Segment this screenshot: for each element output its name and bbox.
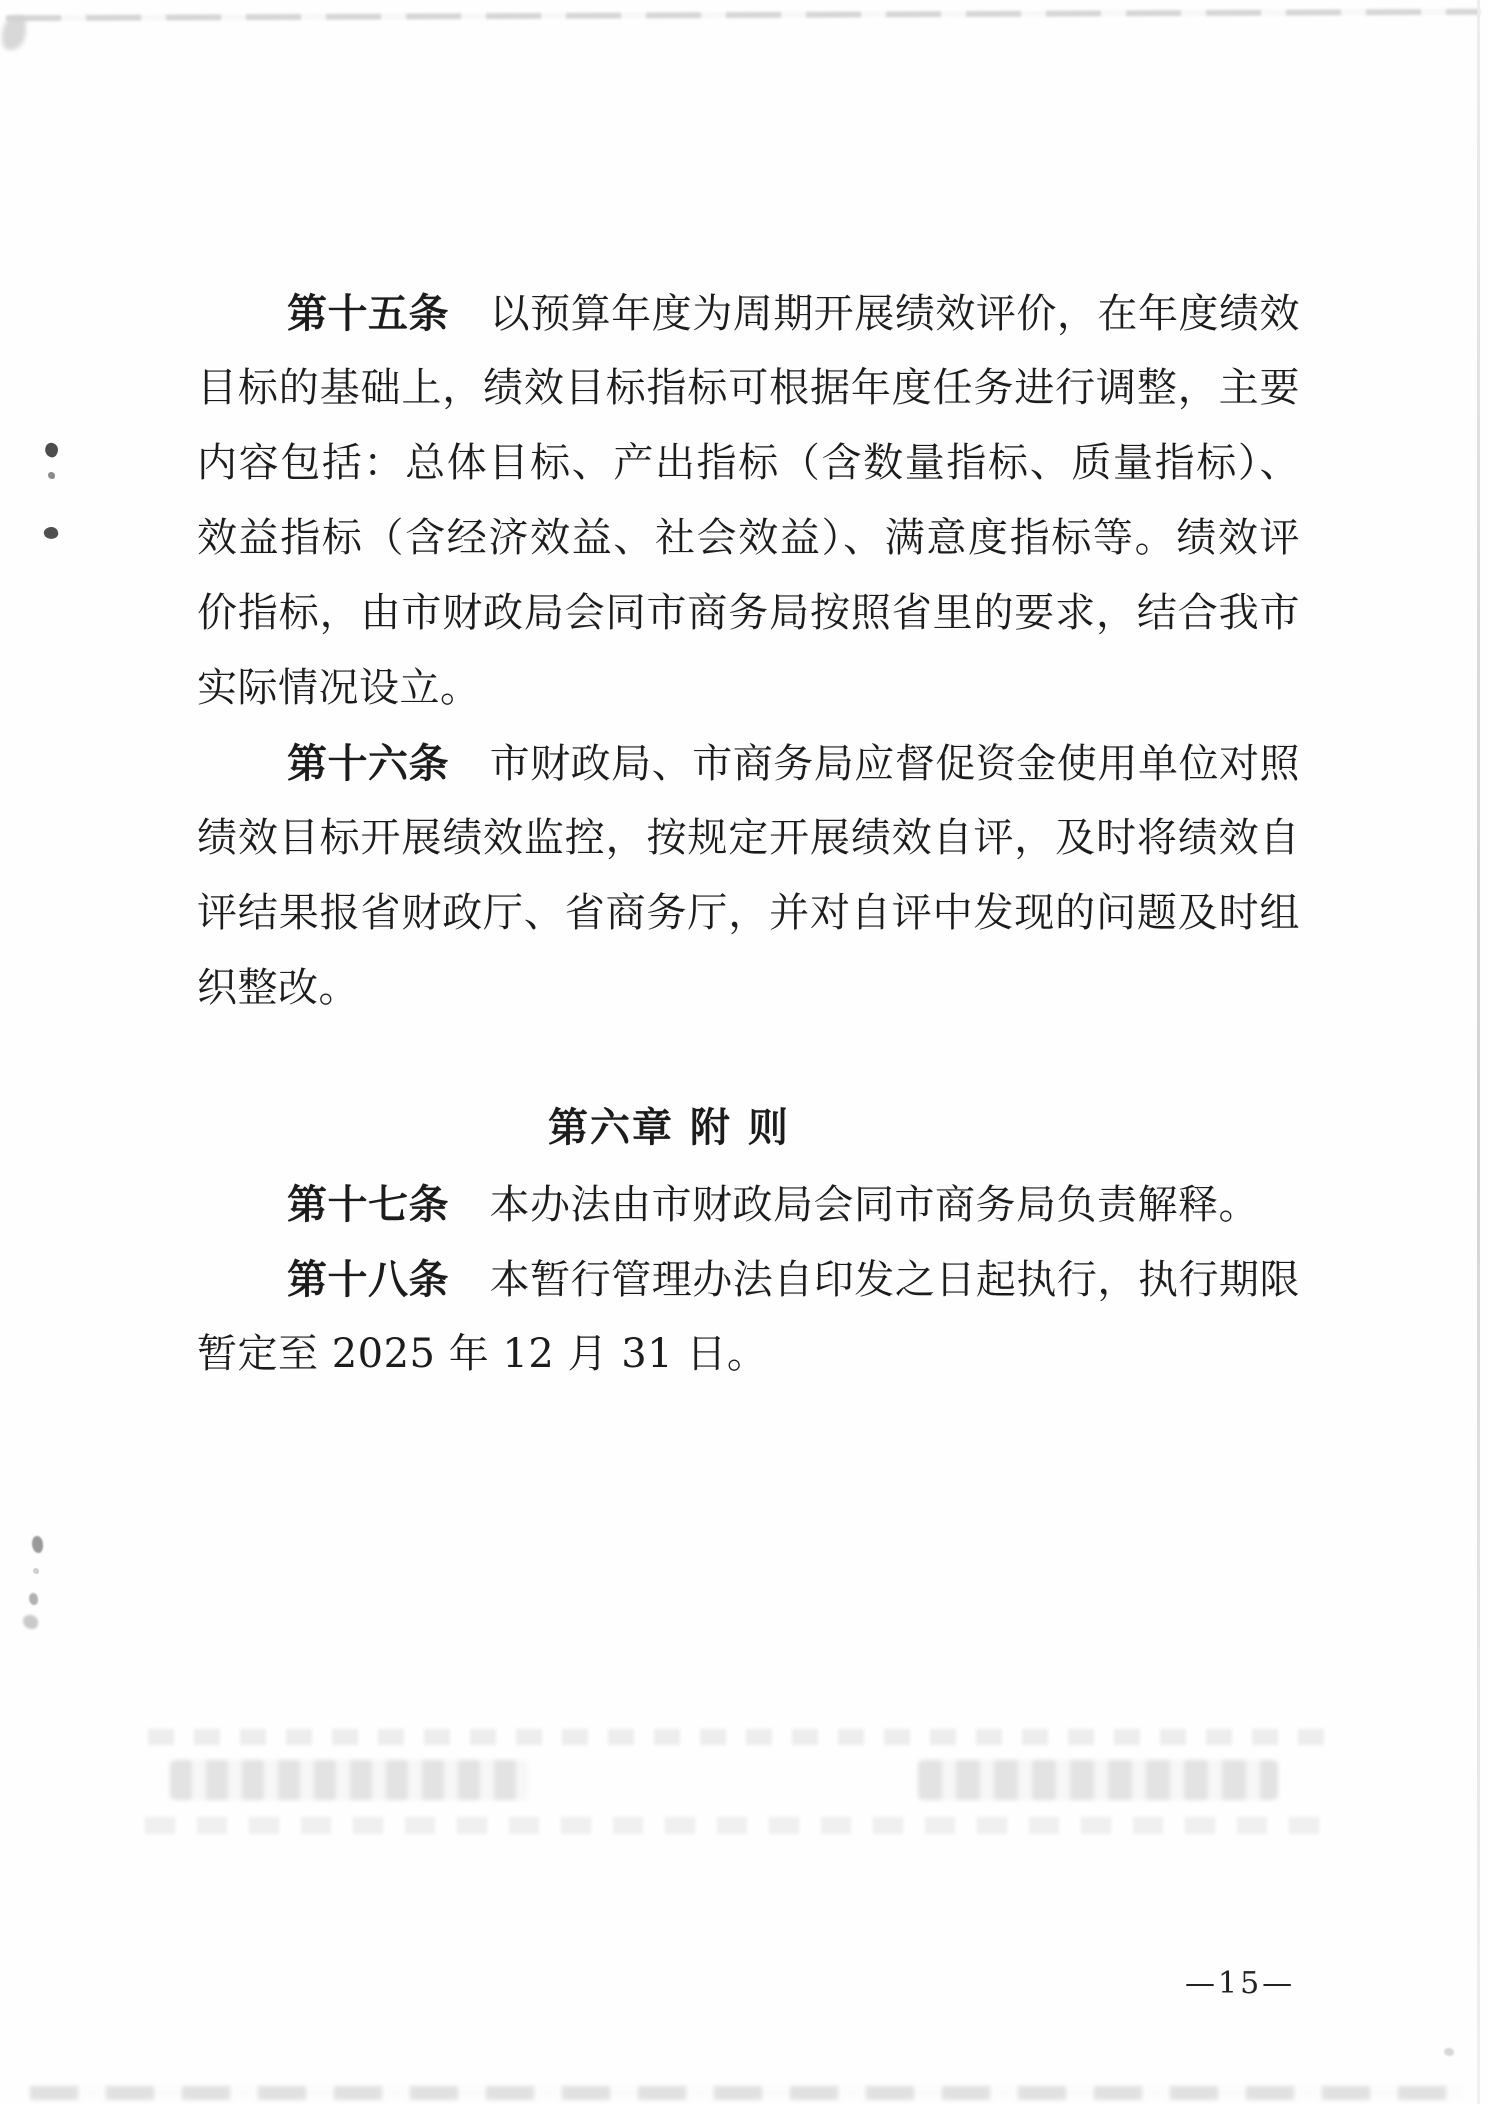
text-line: 实际情况设立。: [197, 651, 1300, 726]
scan-artifact-speck: [48, 472, 55, 479]
line-text: 价指标，由市财政局会同市商务局按照省里的要求，结合我市: [197, 590, 1300, 636]
scan-artifact-top-corner: [2, 16, 26, 50]
text-line: 目标的基础上，绩效目标指标可根据年度任务进行调整，主要: [197, 351, 1300, 426]
line-text: 绩效目标开展绩效监控，按规定开展绩效自评，及时将绩效自: [197, 815, 1300, 861]
text-line: 第十七条 本办法由市财政局会同市商务局负责解释。: [197, 1167, 1300, 1242]
page-number: —15—: [1185, 1966, 1295, 2001]
scan-artifact-speck: [29, 1593, 38, 1605]
scan-artifact-speck: [23, 1615, 38, 1629]
article-number: 第十五条: [287, 290, 449, 337]
text-line: 第十六条 市财政局、市商务局应督促资金使用单位对照: [197, 726, 1300, 801]
text-line: 效益指标（含经济效益、社会效益）、满意度指标等。绩效评: [197, 501, 1300, 576]
scan-artifact-bleedthrough-row: [918, 1760, 1278, 1800]
line-text: 本暂行管理办法自印发之日起执行，执行期限: [449, 1257, 1300, 1303]
text-line: 暂定至 2025 年 12 月 31 日。: [197, 1317, 1300, 1392]
scan-artifact-speck: [32, 1536, 43, 1553]
line-text: 实际情况设立。: [197, 665, 481, 711]
chapter-heading: 第六章 附 则: [548, 1090, 790, 1165]
scan-artifact-bleedthrough-row: [145, 1817, 1340, 1834]
text-line: 内容包括：总体目标、产出指标（含数量指标、质量指标）、: [197, 426, 1300, 501]
line-text: 内容包括：总体目标、产出指标（含数量指标、质量指标）、: [197, 440, 1300, 486]
line-text: 暂定至 2025 年 12 月 31 日。: [197, 1331, 767, 1377]
text-line: 第十八条 本暂行管理办法自印发之日起执行，执行期限: [197, 1242, 1300, 1317]
text-line: 绩效目标开展绩效监控，按规定开展绩效自评，及时将绩效自: [197, 801, 1300, 876]
text-line: 评结果报省财政厅、省商务厅，并对自评中发现的问题及时组: [197, 876, 1300, 951]
line-text: 效益指标（含经济效益、社会效益）、满意度指标等。绩效评: [197, 515, 1300, 561]
body-text-articles-17-18: 第十七条 本办法由市财政局会同市商务局负责解释。第十八条 本暂行管理办法自印发之…: [197, 1167, 1300, 1392]
document-page: 第十五条 以预算年度为周期开展绩效评价，在年度绩效目标的基础上，绩效目标指标可根…: [0, 0, 1488, 2104]
scan-artifact-top-streak: [6, 9, 1480, 21]
scan-artifact-speck: [43, 441, 60, 459]
text-line: 第十五条 以预算年度为周期开展绩效评价，在年度绩效: [197, 276, 1300, 351]
text-line: 织整改。: [197, 951, 1300, 1026]
scan-artifact-bleedthrough-row: [170, 1760, 528, 1800]
scan-artifact-bleedthrough-row: [148, 1729, 1338, 1745]
body-text-articles-15-16: 第十五条 以预算年度为周期开展绩效评价，在年度绩效目标的基础上，绩效目标指标可根…: [197, 276, 1300, 1026]
text-line: 价指标，由市财政局会同市商务局按照省里的要求，结合我市: [197, 576, 1300, 651]
scan-artifact-right-edge-line: [1477, 0, 1480, 2104]
scan-artifact-bottom-streak: [30, 2086, 1464, 2100]
article-number: 第十七条: [287, 1181, 449, 1228]
line-text: 本办法由市财政局会同市商务局负责解释。: [449, 1182, 1259, 1228]
article-number: 第十八条: [287, 1256, 449, 1303]
line-text: 以预算年度为周期开展绩效评价，在年度绩效: [449, 291, 1300, 337]
line-text: 评结果报省财政厅、省商务厅，并对自评中发现的问题及时组: [197, 890, 1300, 936]
article-number: 第十六条: [287, 740, 449, 787]
line-text: 市财政局、市商务局应督促资金使用单位对照: [449, 741, 1300, 787]
line-text: 目标的基础上，绩效目标指标可根据年度任务进行调整，主要: [197, 365, 1300, 411]
scan-artifact-speck: [1444, 2048, 1454, 2056]
scan-artifact-speck: [33, 1568, 39, 1574]
scan-artifact-speck: [43, 525, 60, 540]
line-text: 织整改。: [197, 965, 359, 1011]
